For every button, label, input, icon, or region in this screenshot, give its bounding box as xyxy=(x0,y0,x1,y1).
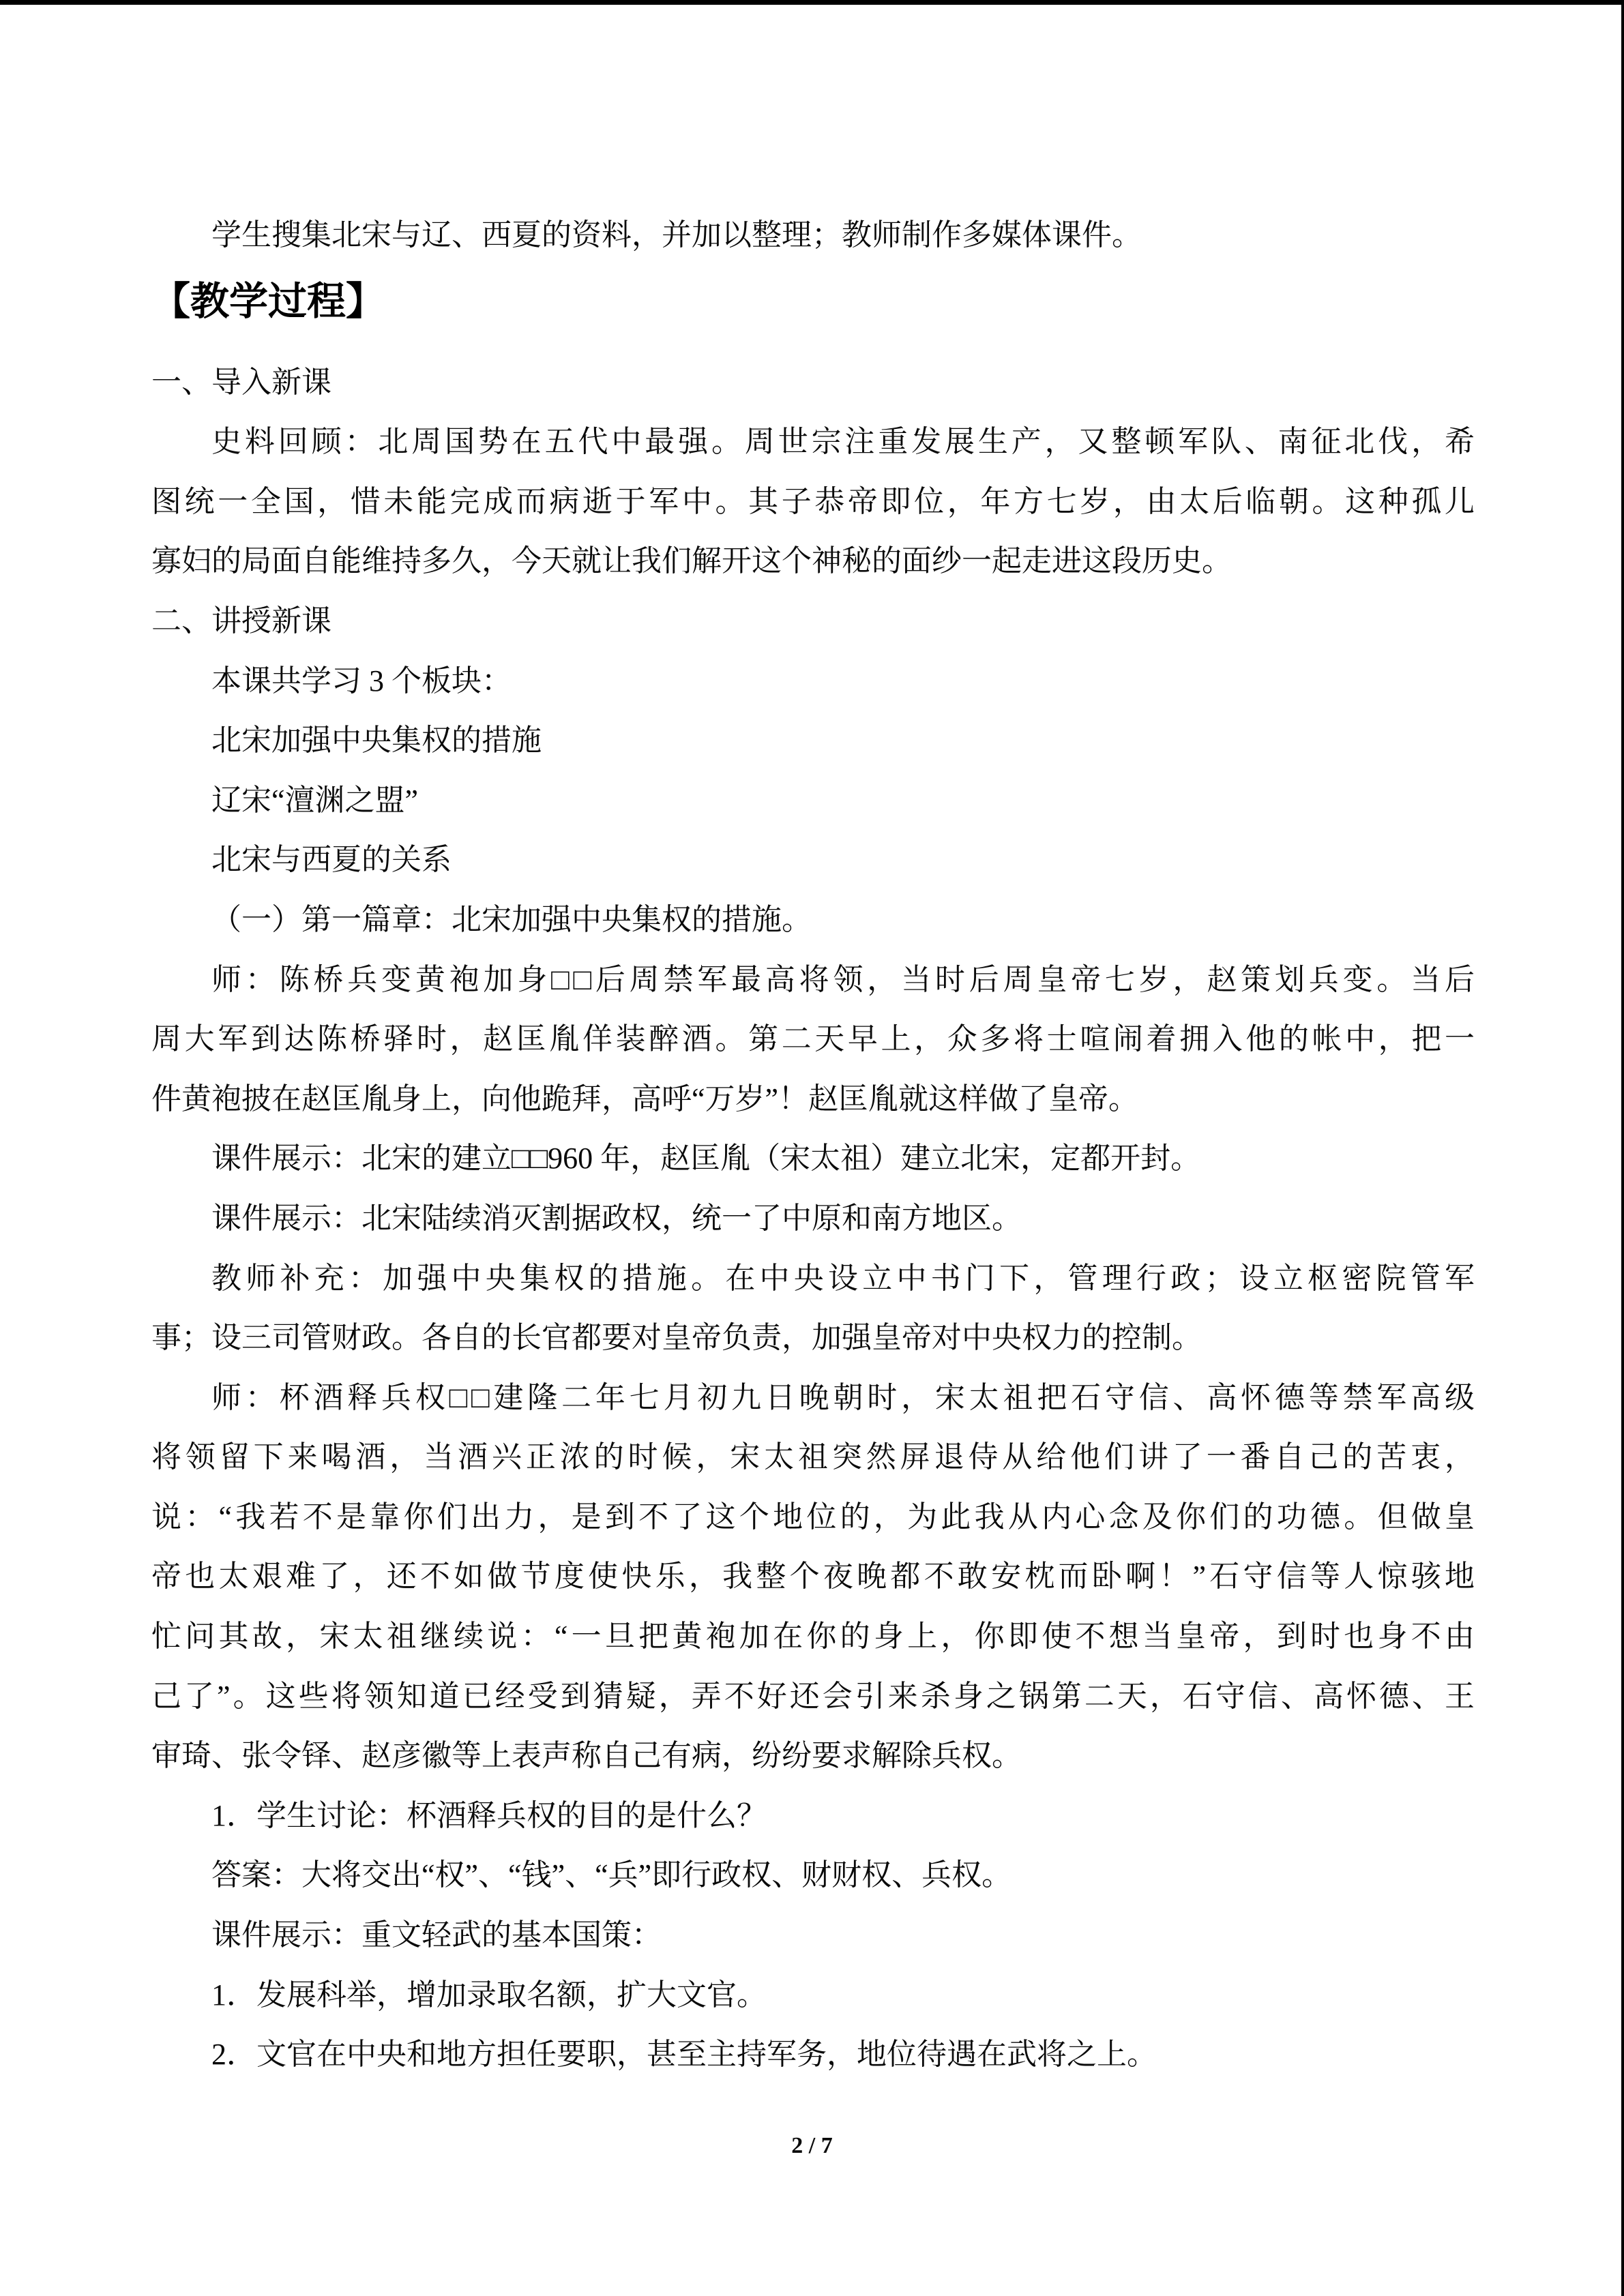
doc-line: 二、讲授新课 xyxy=(151,591,1475,651)
doc-line: 本课共学习 3 个板块： xyxy=(151,651,1475,711)
document-body: 学生搜集北宋与辽、西夏的资料，并加以整理；教师制作多媒体课件。【教学过程】一、导… xyxy=(151,205,1475,2085)
doc-line: 北宋加强中央集权的措施 xyxy=(151,711,1475,771)
doc-line: 忙问其故，宋太祖继续说：“一旦把黄袍加在你的身上，你即使不想当皇帝，到时也身不由 xyxy=(151,1607,1475,1667)
doc-line: 将领留下来喝酒，当酒兴正浓的时候，宋太祖突然屏退侍从给他们讲了一番自己的苦衷， xyxy=(151,1427,1475,1487)
doc-line: 1．发展科举，增加录取名额，扩大文官。 xyxy=(151,1965,1475,2025)
doc-line: 学生搜集北宋与辽、西夏的资料，并加以整理；教师制作多媒体课件。 xyxy=(151,205,1475,265)
doc-line: 教师补充：加强中央集权的措施。在中央设立中书门下，管理行政；设立枢密院管军 xyxy=(151,1249,1475,1309)
doc-line: （一）第一篇章：北宋加强中央集权的措施。 xyxy=(151,890,1475,950)
doc-line: 己了”。这些将领知道已经受到猜疑，弄不好还会引来杀身之锅第二天，石守信、高怀德、… xyxy=(151,1667,1475,1727)
doc-line: 1．学生讨论：杯酒释兵权的目的是什么？ xyxy=(151,1786,1475,1846)
doc-line: 说：“我若不是靠你们出力，是到不了这个地位的，为此我从内心念及你们的功德。但做皇 xyxy=(151,1487,1475,1547)
doc-line: 史料回顾：北周国势在五代中最强。周世宗注重发展生产，又整顿军队、南征北伐，希 xyxy=(151,412,1475,472)
doc-line: 答案：大将交出“权”、“钱”、“兵”即行政权、财财权、兵权。 xyxy=(151,1845,1475,1905)
doc-line: 师：杯酒释兵权□□建隆二年七月初九日晚朝时，宋太祖把石守信、高怀德等禁军高级 xyxy=(151,1368,1475,1428)
doc-line: 周大军到达陈桥驿时，赵匡胤佯装醉酒。第二天早上，众多将士喧闹着拥入他的帐中，把一 xyxy=(151,1009,1475,1069)
page-border-right xyxy=(1621,0,1624,2296)
doc-line: 课件展示：北宋陆续消灭割据政权，统一了中原和南方地区。 xyxy=(151,1189,1475,1249)
doc-line: 课件展示：北宋的建立□□960 年，赵匡胤（宋太祖）建立北宋，定都开封。 xyxy=(151,1129,1475,1189)
doc-line: 师：陈桥兵变黄袍加身□□后周禁军最高将领，当时后周皇帝七岁，赵策划兵变。当后 xyxy=(151,950,1475,1010)
doc-line: 一、导入新课 xyxy=(151,353,1475,413)
doc-line: 件黄袍披在赵匡胤身上，向他跪拜，高呼“万岁”！赵匡胤就这样做了皇帝。 xyxy=(151,1069,1475,1129)
doc-line: 2．文官在中央和地方担任要职，甚至主持军务，地位待遇在武将之上。 xyxy=(151,2025,1475,2085)
page-border-top xyxy=(0,0,1624,5)
doc-line: 审琦、张令铎、赵彦徽等上表声称自己有病，纷纷要求解除兵权。 xyxy=(151,1726,1475,1786)
doc-line: 寡妇的局面自能维持多久，今天就让我们解开这个神秘的面纱一起走进这段历史。 xyxy=(151,531,1475,591)
doc-line: 图统一全国，惜未能完成而病逝于军中。其子恭帝即位，年方七岁，由太后临朝。这种孤儿 xyxy=(151,472,1475,532)
doc-line: 辽宋“澶渊之盟” xyxy=(151,771,1475,831)
doc-line: 帝也太艰难了，还不如做节度使快乐，我整个夜晚都不敢安枕而卧啊！”石守信等人惊骇地 xyxy=(151,1547,1475,1607)
doc-line: 课件展示：重文轻武的基本国策： xyxy=(151,1905,1475,1965)
doc-line: 北宋与西夏的关系 xyxy=(151,830,1475,890)
page-number: 2 / 7 xyxy=(0,2122,1624,2170)
doc-line: 事；设三司管财政。各自的长官都要对皇帝负责，加强皇帝对中央权力的控制。 xyxy=(151,1308,1475,1368)
doc-heading: 【教学过程】 xyxy=(151,265,1475,339)
